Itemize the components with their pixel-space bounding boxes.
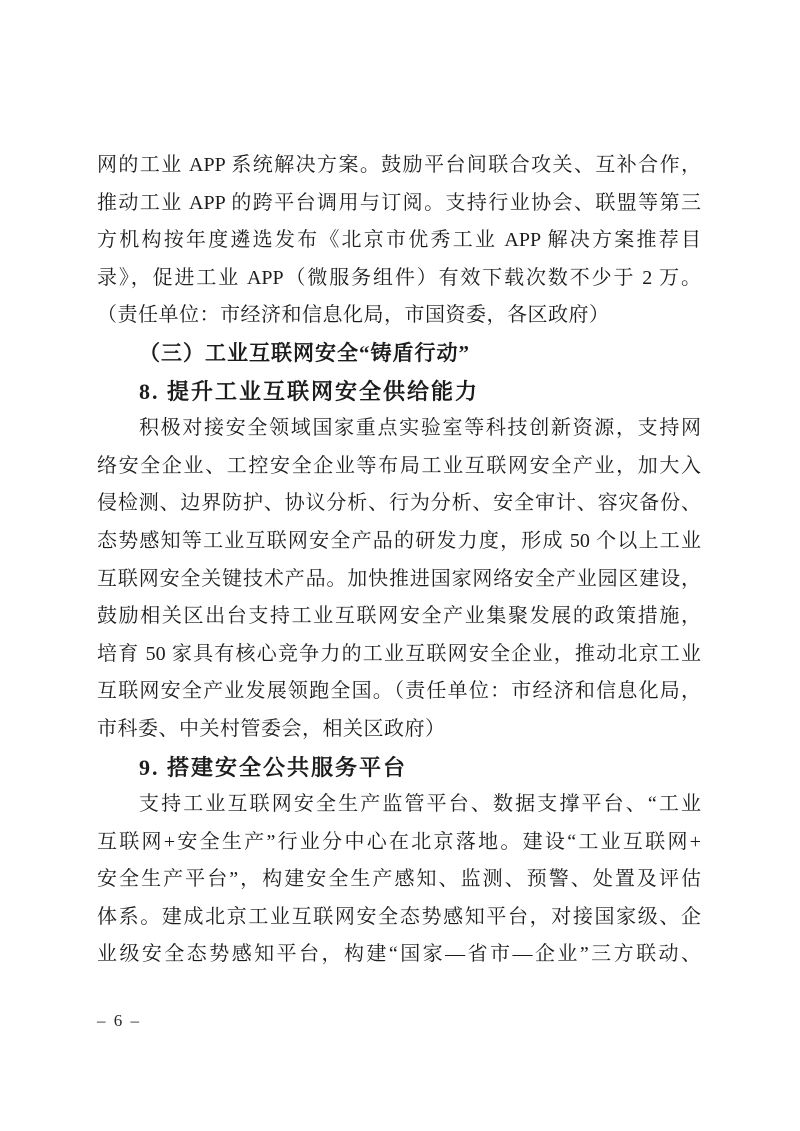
text-line: 互联网+安全生产”行业分中心在北京落地。建设“工业互联网+: [97, 824, 701, 862]
text-line: 方机构按年度遴选发布《北京市优秀工业 APP 解决方案推荐目: [97, 222, 701, 260]
document-page: 网的工业 APP 系统解决方案。鼓励平台间联合攻关、互补合作，推动工业 APP …: [0, 0, 800, 1131]
text-line: 业级安全态势感知平台，构建“国家—省市—企业”三方联动、: [97, 936, 701, 974]
document-text-block: 网的工业 APP 系统解决方案。鼓励平台间联合攻关、互补合作，推动工业 APP …: [97, 147, 701, 974]
text-line: 鼓励相关区出台支持工业互联网安全产业集聚发展的政策措施，: [97, 598, 701, 636]
text-line: 侵检测、边界防护、协议分析、行为分析、安全审计、容灾备份、: [97, 485, 701, 523]
text-line: 推动工业 APP 的跨平台调用与订阅。支持行业协会、联盟等第三: [97, 185, 701, 223]
text-line: 支持工业互联网安全生产监管平台、数据支撑平台、“工业: [97, 786, 701, 824]
text-line: 态势感知等工业互联网安全产品的研发力度，形成 50 个以上工业: [97, 523, 701, 561]
text-line: 络安全企业、工控安全企业等布局工业互联网安全产业，加大入: [97, 448, 701, 486]
heading-line: （三）工业互联网安全“铸盾行动”: [97, 335, 701, 373]
text-line: 录》，促进工业 APP（微服务组件）有效下载次数不少于 2 万。: [97, 260, 701, 298]
text-line: 互联网安全产业发展领跑全国。（责任单位：市经济和信息化局，: [97, 673, 701, 711]
text-line: 积极对接安全领域国家重点实验室等科技创新资源，支持网: [97, 410, 701, 448]
text-line: 市科委、中关村管委会，相关区政府）: [97, 711, 701, 749]
text-line: 安全生产平台”，构建安全生产感知、监测、预警、处置及评估: [97, 861, 701, 899]
page-number: – 6 –: [97, 1010, 141, 1032]
text-line: 互联网安全关键技术产品。加快推进国家网络安全产业园区建设，: [97, 561, 701, 599]
text-line: （责任单位：市经济和信息化局，市国资委，各区政府）: [97, 297, 701, 335]
heading-line: 8. 提升工业互联网安全供给能力: [97, 373, 701, 411]
heading-line: 9. 搭建安全公共服务平台: [97, 749, 701, 787]
text-line: 网的工业 APP 系统解决方案。鼓励平台间联合攻关、互补合作，: [97, 147, 701, 185]
text-line: 培育 50 家具有核心竞争力的工业互联网安全企业，推动北京工业: [97, 636, 701, 674]
text-line: 体系。建成北京工业互联网安全态势感知平台，对接国家级、企: [97, 899, 701, 937]
